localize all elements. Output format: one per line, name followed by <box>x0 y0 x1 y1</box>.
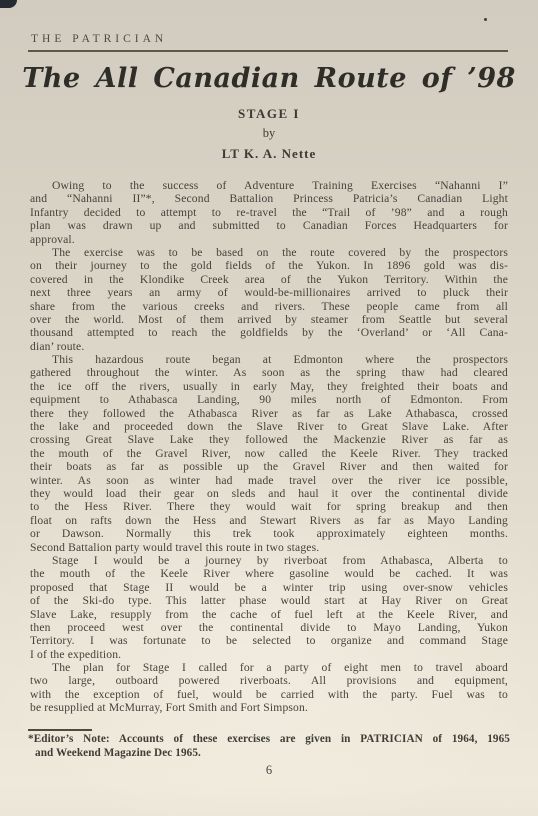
text-line: next three years an army of would-be-mil… <box>30 286 508 299</box>
text-line: Stage I would be a journey by riverboat … <box>30 554 508 567</box>
text-line: then proceed west over the continental d… <box>30 621 508 634</box>
text-line: or Dawson. Normally this trek took appro… <box>30 527 508 540</box>
text-line: and “Nahanni II”*, Second Battalion Prin… <box>30 192 508 205</box>
text-line: they would load their gear on sleds and … <box>30 487 508 500</box>
text-line: plan was drawn up and submitted to Canad… <box>30 219 508 232</box>
text-line: there they followed the Athabasca River … <box>30 407 508 420</box>
article-title: The All Canadian Route of ’98 <box>0 63 538 94</box>
text-line: The plan for Stage I called for a party … <box>30 661 508 674</box>
article-body: Owing to the success of Adventure Traini… <box>30 179 508 715</box>
header-rule <box>28 50 508 52</box>
footnote-rule <box>28 729 92 731</box>
text-line: crossing Great Slave Lake they followed … <box>30 433 508 446</box>
text-line: This hazardous route began at Edmonton w… <box>30 353 508 366</box>
scan-speck-artifact <box>484 18 487 21</box>
text-line: thousand attempted to reach the goldfiel… <box>30 326 508 339</box>
text-line: Second Battalion party would travel this… <box>30 541 508 554</box>
paragraph: Stage I would be a journey by riverboat … <box>30 554 508 661</box>
text-line: and Weekend Magazine Dec 1965. <box>28 747 510 761</box>
scanned-page: THE PATRICIAN The All Canadian Route of … <box>0 0 538 816</box>
text-line: covered in the Klondike Creek area of th… <box>30 273 508 286</box>
text-line: approval. <box>30 233 508 246</box>
byline-prefix: by <box>0 126 538 141</box>
text-line: Infantry decided to attempt to re-travel… <box>30 206 508 219</box>
text-line: The exercise was to be based on the rout… <box>30 246 508 259</box>
text-line: of the Ski-do type. This latter phase wo… <box>30 594 508 607</box>
text-line: be resupplied at McMurray, Fort Smith an… <box>30 701 508 714</box>
editors-note: *Editor’s Note: Accounts of these exerci… <box>28 733 510 760</box>
text-line: the mouth of the Keele River where gasol… <box>30 567 508 580</box>
paragraph: Owing to the success of Adventure Traini… <box>30 179 508 246</box>
masthead: THE PATRICIAN <box>31 33 167 45</box>
text-line: equipment to Athabasca Landing, 90 miles… <box>30 393 508 406</box>
text-line: to the Hess River. There they would wait… <box>30 500 508 513</box>
text-line: proposed that Stage II would be a winter… <box>30 581 508 594</box>
text-line: their boats as far as possible up the Gr… <box>30 460 508 473</box>
text-line: share from the various creeks and rivers… <box>30 300 508 313</box>
text-line: float on rafts down the Hess and Stewart… <box>30 514 508 527</box>
paragraph: This hazardous route began at Edmonton w… <box>30 353 508 554</box>
text-line: the lake and proceeded down the Slave Ri… <box>30 420 508 433</box>
text-line: winter. As soon as winter had made trave… <box>30 474 508 487</box>
text-line: two large, outboard powered riverboats. … <box>30 674 508 687</box>
text-line: dian’ route. <box>30 340 508 353</box>
text-line: I of the expedition. <box>30 648 508 661</box>
text-line: gathered throughout the winter. As soon … <box>30 366 508 379</box>
page-number: 6 <box>0 763 538 778</box>
paragraph: The exercise was to be based on the rout… <box>30 246 508 353</box>
paragraph: The plan for Stage I called for a party … <box>30 661 508 715</box>
text-line: Owing to the success of Adventure Traini… <box>30 179 508 192</box>
text-line: the mouth of the Gravel River, now calle… <box>30 447 508 460</box>
author-name: LT K. A. Nette <box>0 146 538 162</box>
text-line: on their journey to the gold fields of t… <box>30 259 508 272</box>
text-line: Slave Lake, resupply from the cache of f… <box>30 608 508 621</box>
scan-corner-artifact <box>0 0 17 8</box>
text-line: over the world. Most of them arrived by … <box>30 313 508 326</box>
text-line: with the exception of fuel, would be car… <box>30 688 508 701</box>
text-line: the ice off the rivers, usually in early… <box>30 380 508 393</box>
text-line: *Editor’s Note: Accounts of these exerci… <box>28 733 510 747</box>
text-line: Territory. I was fortunate to be selecte… <box>30 634 508 647</box>
stage-heading: STAGE I <box>0 106 538 122</box>
